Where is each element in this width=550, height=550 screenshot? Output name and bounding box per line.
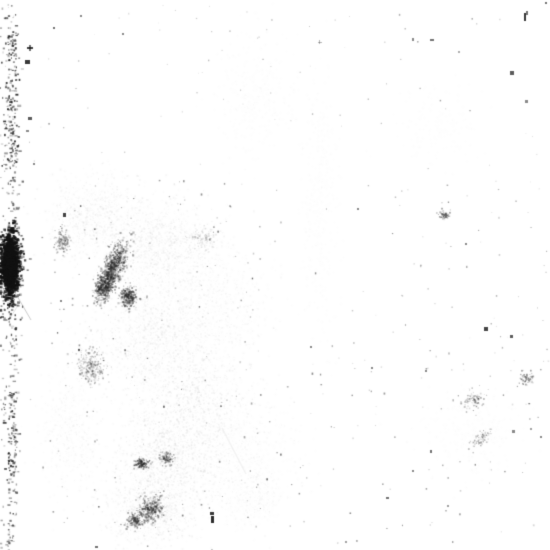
grunge-texture-canvas xyxy=(0,0,550,550)
grunge-texture-image xyxy=(0,0,550,550)
